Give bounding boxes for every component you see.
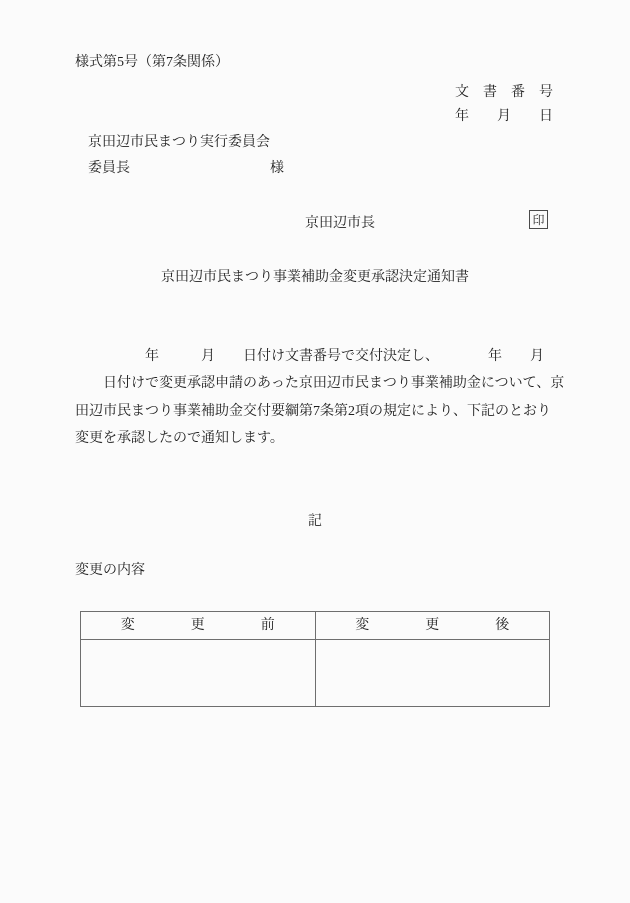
sender-mayor-title: 京田辺市長 [305, 213, 375, 234]
cell-change-before [81, 640, 316, 707]
cell-change-after [315, 640, 550, 707]
column-header-before: 変 更 前 [81, 612, 316, 640]
document-title: 京田辺市民まつり事業補助金変更承認決定通知書 [0, 267, 630, 288]
column-header-after: 変 更 後 [315, 612, 550, 640]
change-table-row [81, 640, 550, 707]
date-blank-line: 年 月 日 [455, 106, 553, 127]
addressee-organization: 京田辺市民まつり実行委員会 [88, 132, 270, 153]
body-paragraph: 年 月 日付け文書番号で交付決定し、 年 月 日付けで変更承認申請のあった京田辺… [75, 343, 565, 452]
body-line-1: 年 月 日付け文書番号で交付決定し、 年 月 [75, 343, 565, 370]
document-page: 様式第5号（第7条関係） 文 書 番 号 年 月 日 京田辺市民まつり実行委員会… [0, 0, 630, 903]
change-table-header-row: 変 更 前 変 更 後 [81, 612, 550, 640]
change-table: 変 更 前 変 更 後 [80, 611, 550, 707]
body-line-2: 日付けで変更承認申請のあった京田辺市民まつり事業補助金について、京 [75, 370, 565, 397]
body-line-3: 田辺市民まつり事業補助金交付要綱第7条第2項の規定により、下記のとおり [75, 398, 565, 425]
body-line-4: 変更を承認したので通知します。 [75, 425, 565, 452]
addressee-chairman-line: 委員長 様 [88, 158, 284, 179]
form-number-label: 様式第5号（第7条関係） [75, 52, 229, 73]
ki-separator-label: 記 [0, 511, 630, 532]
seal-placeholder-box: 印 [529, 210, 548, 229]
seal-mark: 印 [532, 214, 544, 226]
document-number-label: 文 書 番 号 [455, 82, 553, 103]
change-contents-label: 変更の内容 [75, 560, 145, 581]
